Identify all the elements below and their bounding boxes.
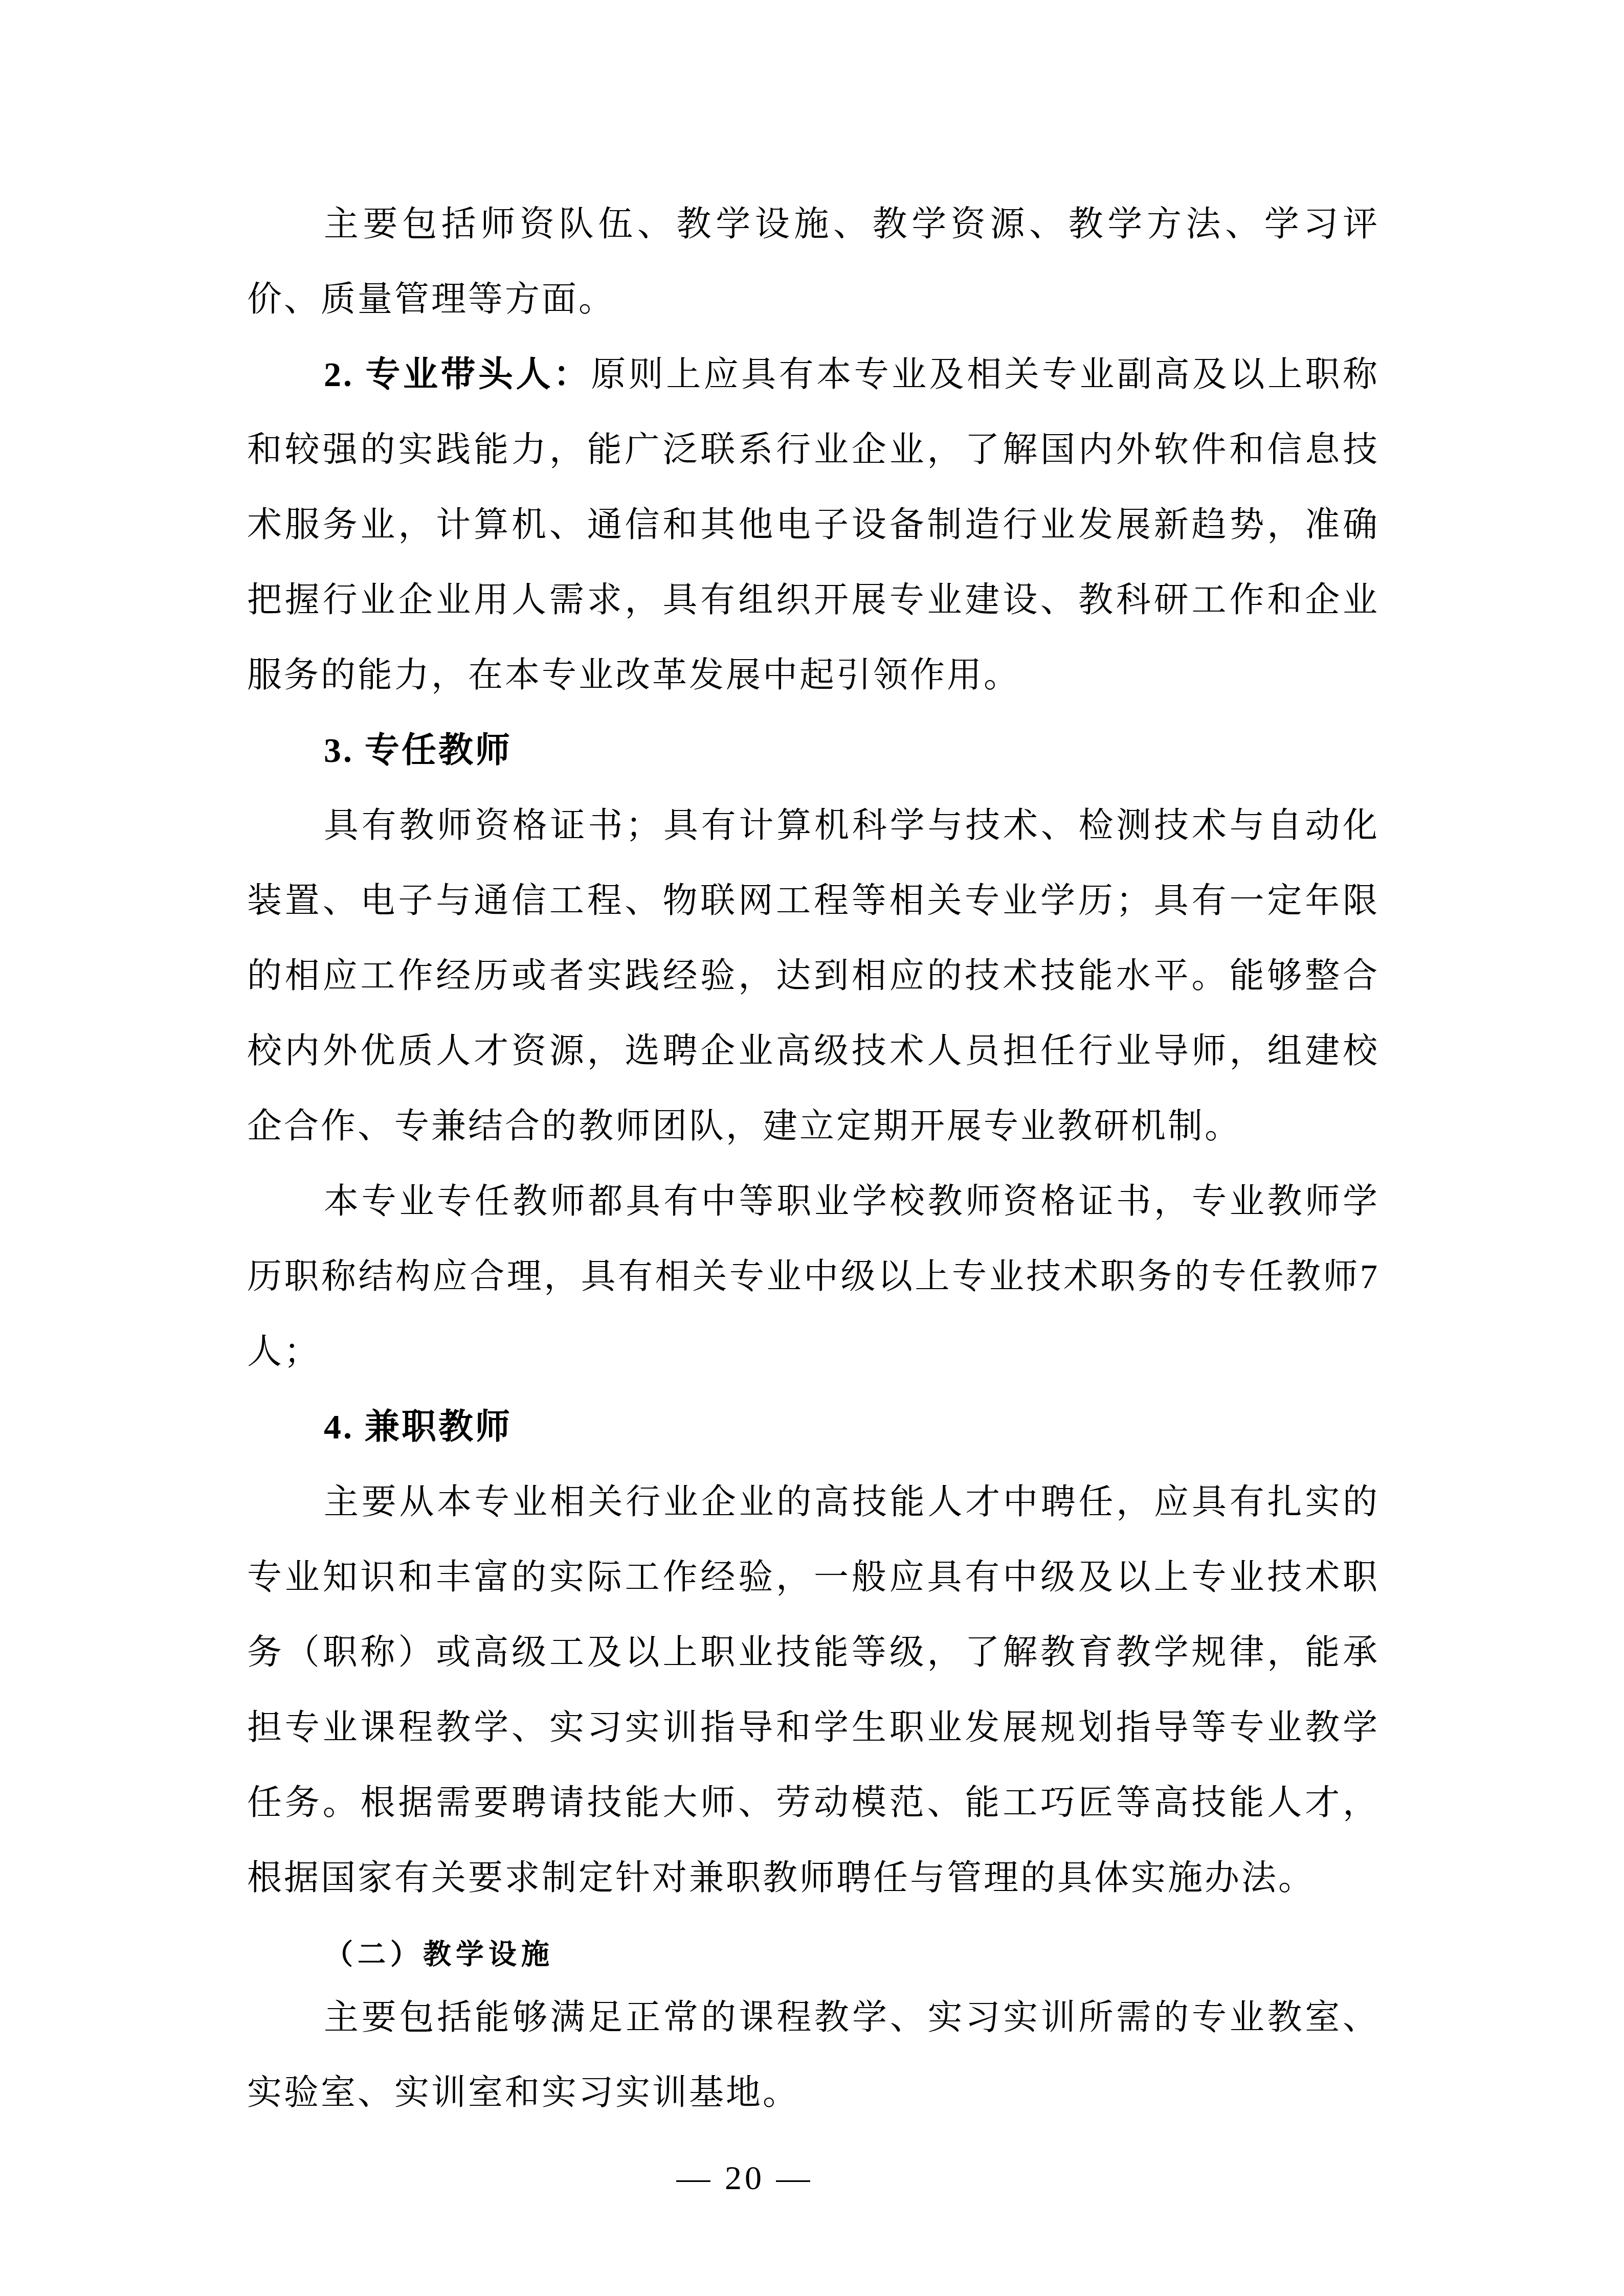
paragraph-full-time-teachers-requirements: 具有教师资格证书；具有计算机科学与技术、检测技术与自动化装置、电子与通信工程、物… (247, 788, 1380, 1164)
heading-full-time-teachers: 3. 专任教师 (247, 713, 1380, 788)
paragraph-part-time-teachers-requirements: 主要从本专业相关行业企业的高技能人才中聘任，应具有扎实的专业知识和丰富的实际工作… (247, 1465, 1380, 1916)
subheading-teaching-facilities: （二）教学设施 (247, 1928, 1380, 1980)
paragraph-full-time-teachers-count: 本专业专任教师都具有中等职业学校教师资格证书，专业教师学历职称结构应合理，具有相… (247, 1164, 1380, 1389)
document-content: 主要包括师资队伍、教学设施、教学资源、教学方法、学习评价、质量管理等方面。 2.… (0, 0, 1624, 2130)
paragraph-lead-body-text: 原则上应具有本专业及相关专业副高及以上职称和较强的实践能力，能广泛联系行业企业，… (247, 355, 1380, 694)
heading-part-time-teachers: 4. 兼职教师 (247, 1389, 1380, 1465)
paragraph-teaching-facilities-overview: 主要包括能够满足正常的课程教学、实习实训所需的专业教室、实验室、实训室和实习实训… (247, 1980, 1380, 2130)
document-page: 主要包括师资队伍、教学设施、教学资源、教学方法、学习评价、质量管理等方面。 2.… (0, 0, 1624, 2296)
paragraph-overview: 主要包括师资队伍、教学设施、教学资源、教学方法、学习评价、质量管理等方面。 (247, 187, 1380, 337)
paragraph-lead-bold: 2. 专业带头人： (324, 355, 591, 394)
page-number: — 20 — (0, 2159, 1489, 2198)
paragraph-professional-leader: 2. 专业带头人：原则上应具有本专业及相关专业副高及以上职称和较强的实践能力，能… (247, 337, 1380, 713)
